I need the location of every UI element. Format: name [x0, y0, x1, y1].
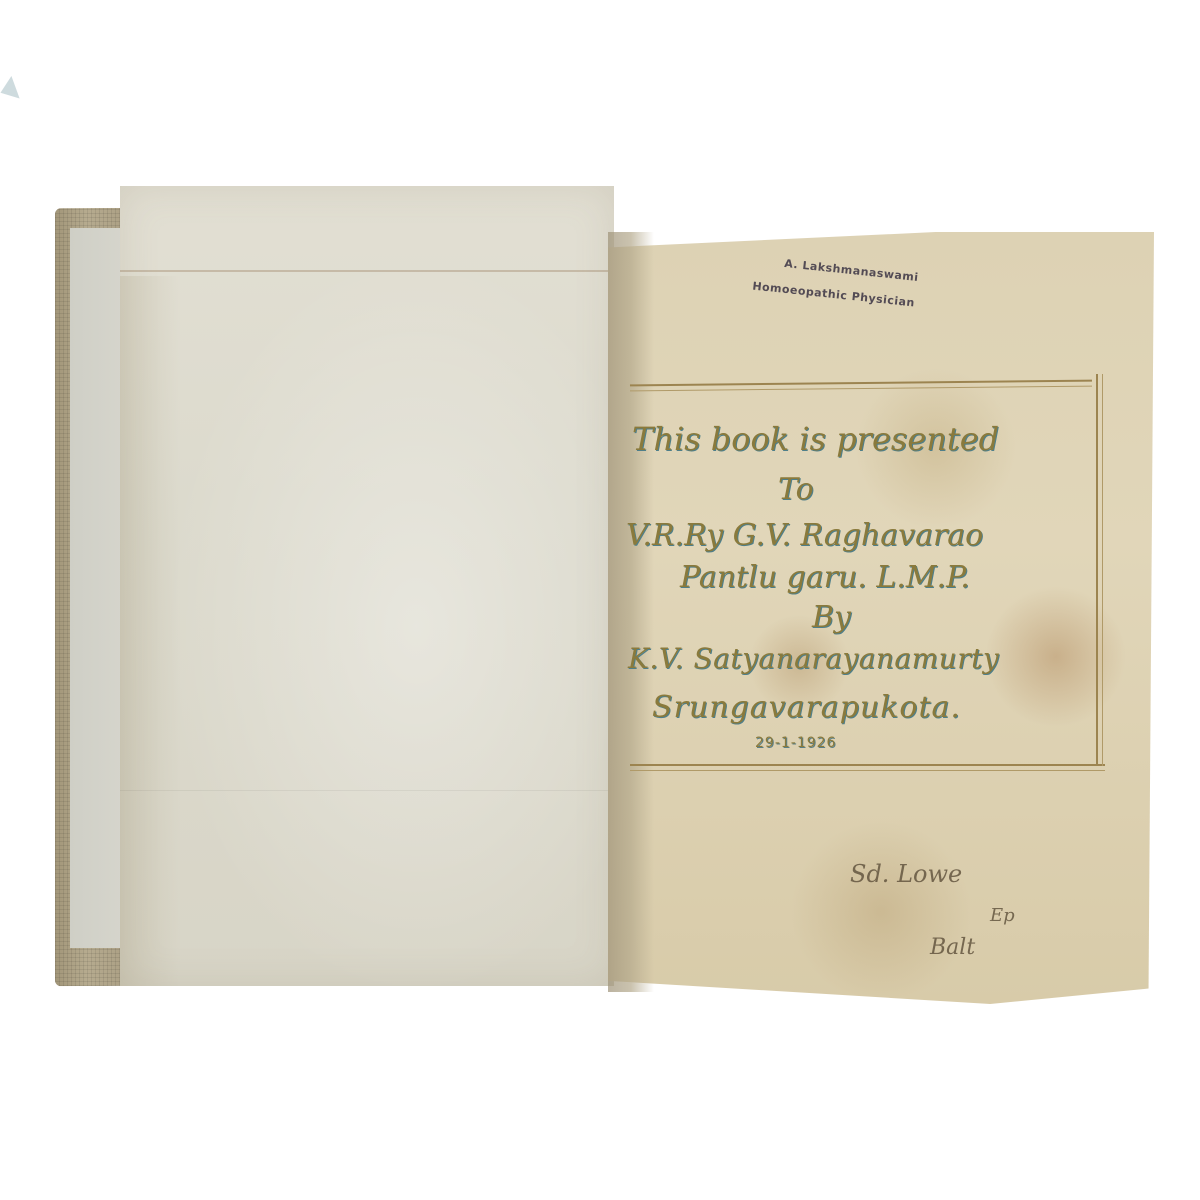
pencil-note-3: Balt — [930, 935, 975, 960]
inscription-line-1: This book is presented — [632, 420, 999, 458]
corner-fragment — [0, 76, 20, 104]
frame-right-rule — [1096, 374, 1103, 766]
inscription-line-3: V.R.Ry G.V. Raghavarao — [626, 518, 983, 553]
inscription-line-5: By — [812, 600, 851, 635]
left-page-crease — [120, 790, 614, 791]
page-gutter-stain — [608, 232, 654, 992]
inscription-date: 29-1-1926 — [755, 735, 836, 751]
frame-bottom-rule — [630, 764, 1105, 771]
right-inscription-page — [608, 232, 1154, 1004]
inscription-line-2: To — [778, 472, 814, 507]
left-blank-page — [120, 186, 614, 986]
pencil-note-2: Ep — [990, 905, 1015, 926]
inscription-line-6: K.V. Satyanarayanamurty — [628, 642, 999, 675]
inscription-line-4: Pantlu garu. L.M.P. — [680, 560, 970, 595]
pencil-signature: Sd. Lowe — [850, 860, 962, 888]
inscription-line-7: Srungavarapukota. — [652, 690, 961, 725]
